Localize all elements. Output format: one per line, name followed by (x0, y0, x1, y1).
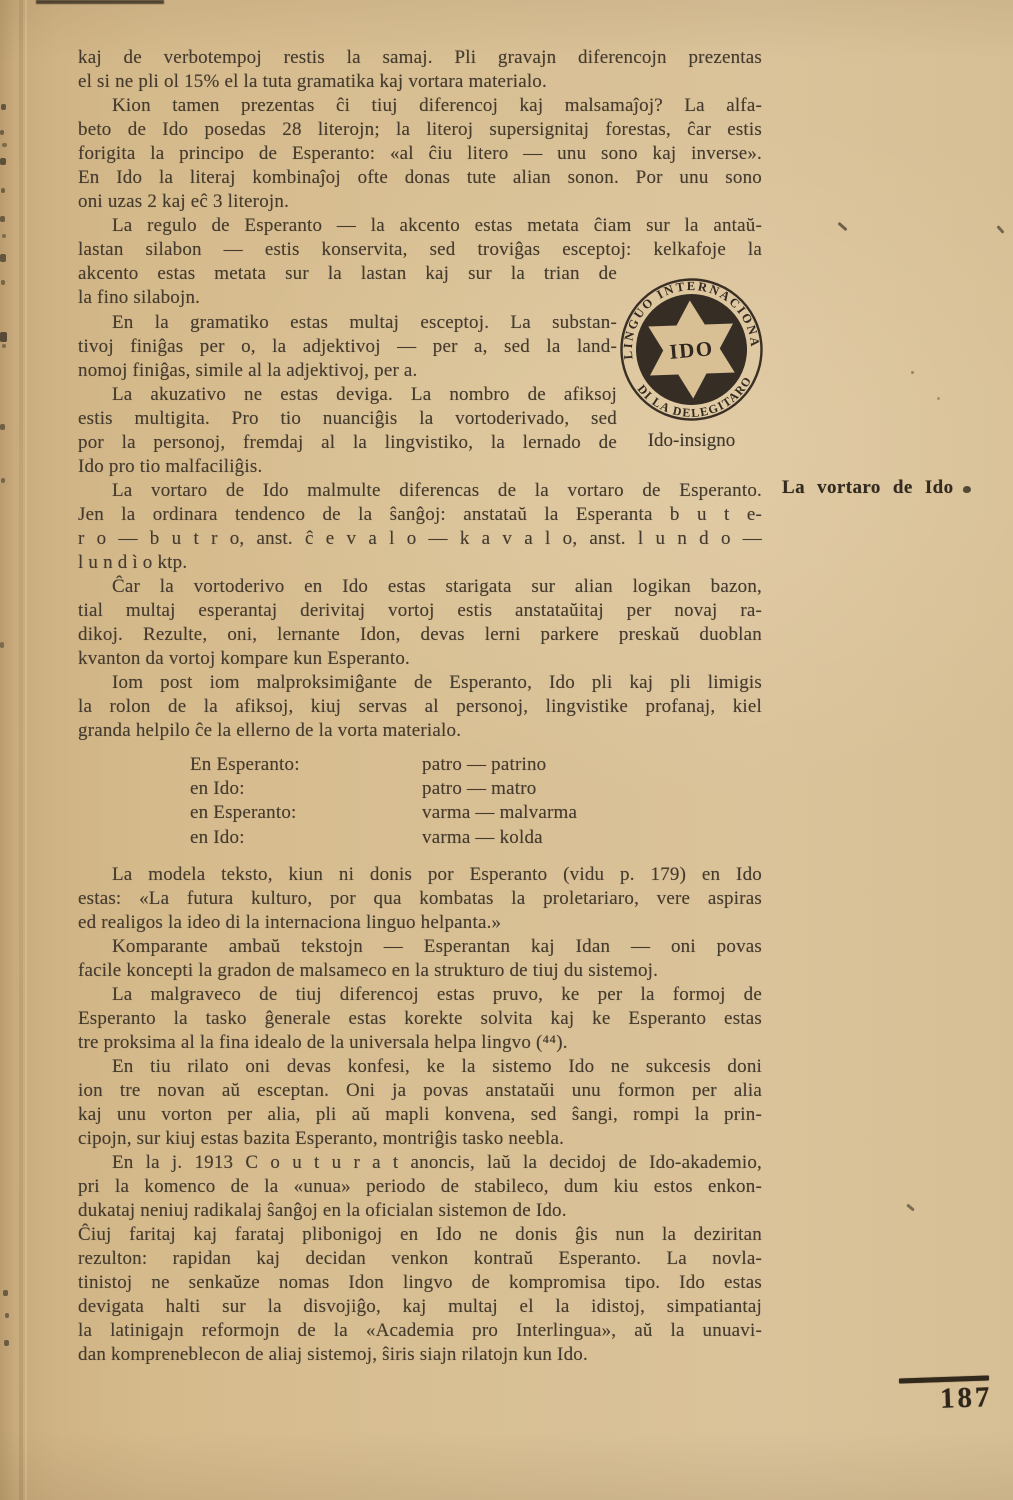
scan-speck (1, 280, 5, 285)
example-language-label: en Esperanto: (190, 801, 422, 825)
text-line: pri la komenco de la «unua» periodo de s… (78, 1175, 762, 1199)
text-line: cipojn, sur kiuj estas bazita Esperanto,… (78, 1127, 762, 1151)
text-line: ion tre novan aŭ esceptan. Oni ja povas … (78, 1079, 762, 1103)
example-word-pair: varma — kolda (422, 826, 543, 850)
scan-edge-mark (36, 0, 164, 4)
text-line: oni uzas 2 kaj eĉ 3 literojn. (78, 190, 762, 214)
text-line: Esperanto la tasko ĝenerale estas korekt… (78, 1007, 762, 1031)
text-line: La malgraveco de tiuj diferencoj estas p… (78, 983, 762, 1007)
text-line: nomoj finiĝas, simile al la adjektivoj, … (78, 359, 617, 383)
text-line: el si ne pli ol 15% el la tuta gramatika… (78, 70, 762, 94)
book-page: kaj de verbotempoj restis la samaj. Pli … (0, 0, 1013, 1500)
scan-speck (996, 225, 1004, 234)
scan-speck (937, 397, 940, 400)
paragraph: La modela teksto, kiun ni donis por Espe… (78, 863, 762, 935)
binding-crease-highlight (25, 0, 27, 1500)
scan-speck (0, 158, 6, 165)
text-line: Jen la ordinara tendenco de la ŝanĝoj: a… (78, 503, 762, 527)
example-language-label: en Ido: (190, 826, 422, 850)
text-line: Ĉiuj faritaj kaj farataj plibonigoj en I… (78, 1223, 762, 1247)
text-line: l u n d ì o ktp. (78, 551, 762, 575)
example-word-pair: varma — malvarma (422, 801, 577, 825)
text-line: En la gramatiko estas multaj esceptoj. L… (78, 311, 617, 335)
text-line: tinistoj ne senkaŭze nomas Idon lingvo d… (78, 1271, 762, 1295)
text-line: La vortaro de Ido malmulte diferencas de… (78, 479, 762, 503)
example-word-pair: patro — patrino (422, 753, 546, 777)
example-list: En Esperanto:patro — patrinoen Ido:patro… (78, 753, 762, 849)
text-line: estas: «La futura kulturo, por qua komba… (78, 887, 762, 911)
emblem-caption: Ido-insigno (619, 430, 764, 452)
example-row: en Ido:varma — kolda (78, 826, 762, 850)
scan-speck (837, 222, 847, 232)
text-line: Iom post iom malproksimiĝante de Esperan… (78, 671, 762, 695)
scan-speck (0, 642, 4, 648)
paragraph: La vortaro de Ido malmulte diferencas de… (78, 479, 762, 575)
text-column: kaj de verbotempoj restis la samaj. Pli … (78, 46, 762, 1368)
text-line: lastan silabon — estis konservita, sed t… (78, 238, 762, 262)
binding-crease (19, 0, 23, 1500)
text-line: dukataj neniuj radikalaj ŝanĝoj en la of… (78, 1199, 762, 1223)
scan-speck (906, 1203, 915, 1211)
text-line: dan kompreneblecon de aliaj sistemoj, ŝi… (78, 1343, 762, 1367)
text-line: Komparante ambaŭ tekstojn — Esperantan k… (78, 935, 762, 959)
scan-speck (1, 188, 5, 193)
ido-emblem: IDO LINGUO INTERNACIONA DI LA DELEGITARO (619, 277, 764, 422)
text-line: facile koncepti la gradon de malsameco e… (78, 959, 762, 983)
scan-speck (3, 1290, 8, 1296)
scan-speck (0, 254, 6, 262)
text-line: granda helpilo ĉe la ellerno de la vorta… (78, 719, 762, 743)
paragraph: Kion tamen prezentas ĉi tiuj diferencoj … (78, 94, 762, 214)
text-line: La regulo de Esperanto — la akcento esta… (78, 214, 762, 238)
scan-speck (2, 234, 6, 238)
scan-speck (0, 424, 5, 430)
scan-speck (5, 1313, 9, 1318)
text-line: Kion tamen prezentas ĉi tiuj diferencoj … (78, 94, 762, 118)
text-line: La modela teksto, kiun ni donis por Espe… (78, 863, 762, 887)
paragraph: Ĉiuj faritaj kaj farataj plibonigoj en I… (78, 1223, 762, 1367)
text-line: ed realigos la ideo di la internaciona l… (78, 911, 762, 935)
paragraph: kaj de verbotempoj restis la samaj. Pli … (78, 46, 762, 94)
example-language-label: En Esperanto: (190, 753, 422, 777)
text-line: En Ido la literaj kombinaĵoj ofte donas … (78, 166, 762, 190)
scan-speck (4, 1340, 9, 1346)
scan-speck (1, 104, 6, 110)
ido-emblem-graphic: IDO LINGUO INTERNACIONA DI LA DELEGITARO (619, 277, 764, 422)
scan-speck (2, 143, 7, 147)
paragraph: Komparante ambaŭ tekstojn — Esperantan k… (78, 935, 762, 983)
text-line: kaj unu vorton per alia, pli aŭ mapli ko… (78, 1103, 762, 1127)
scan-speck (0, 130, 4, 135)
text-line: Ido pro tio malfaciliĝis. (78, 455, 617, 479)
example-row: En Esperanto:patro — patrino (78, 753, 762, 777)
text-line: tial multaj esperantaj derivitaj vortoj … (78, 599, 762, 623)
page-number: 187 (939, 1381, 993, 1416)
text-line: akcento estas metata sur la lastan kaj s… (78, 262, 617, 286)
text-line: tivoj finiĝas per o, la adjektivoj — per… (78, 335, 617, 359)
paragraph: Iom post iom malproksimiĝante de Esperan… (78, 671, 762, 743)
example-row: en Ido:patro — matro (78, 777, 762, 801)
text-line: dikoj. Rezulte, oni, lernante Idon, deva… (78, 623, 762, 647)
text-line: tre proksima al la fina idealo de la uni… (78, 1031, 762, 1055)
ink-blot (963, 486, 971, 493)
example-row: en Esperanto:varma — malvarma (78, 801, 762, 825)
text-line: por la personoj, fremdaj al la lingvisti… (78, 431, 617, 455)
text-line: La akuzativo ne estas deviga. La nombro … (78, 383, 617, 407)
text-line: forigita la principo de Esperanto: «al ĉ… (78, 142, 762, 166)
text-line: devigata halti sur la disvojiĝo, kaj mul… (78, 1295, 762, 1319)
example-language-label: en Ido: (190, 777, 422, 801)
scan-speck (0, 216, 5, 222)
paragraph: Ĉar la vortoderivo en Ido estas starigat… (78, 575, 762, 671)
paragraph: En la j. 1913 C o u t u r a t anoncis, l… (78, 1151, 762, 1223)
text-line: kaj de verbotempoj restis la samaj. Pli … (78, 46, 762, 70)
text-line: En tiu rilato oni devas konfesi, ke la s… (78, 1055, 762, 1079)
scan-speck (911, 371, 914, 374)
text-line: beto de Ido posedas 28 literojn; la lite… (78, 118, 762, 142)
text-line: rezulton: rapidan kaj decidan venkon kon… (78, 1247, 762, 1271)
text-line: En la j. 1913 C o u t u r a t anoncis, l… (78, 1151, 762, 1175)
text-line: la fino silabojn. (78, 286, 617, 310)
text-line: r o — b u t r o, anst. ĉ e v a l o — k a… (78, 527, 762, 551)
text-line: la latinigajn reformojn de la «Academia … (78, 1319, 762, 1343)
text-line: la rolon de la afiksoj, kiuj servas al p… (78, 695, 762, 719)
paragraph: La malgraveco de tiuj diferencoj estas p… (78, 983, 762, 1055)
text-line: Ĉar la vortoderivo en Ido estas starigat… (78, 575, 762, 599)
scan-speck (2, 344, 6, 348)
emblem-star-label: IDO (668, 336, 714, 364)
scan-speck (0, 332, 7, 342)
scan-speck (1, 478, 5, 483)
paragraph: En tiu rilato oni devas konfesi, ke la s… (78, 1055, 762, 1151)
text-line: estis multigita. Pro tio nuanciĝis la vo… (78, 407, 617, 431)
example-word-pair: patro — matro (422, 777, 536, 801)
text-line: kvanton da vortoj kompare kun Esperanto. (78, 647, 762, 671)
